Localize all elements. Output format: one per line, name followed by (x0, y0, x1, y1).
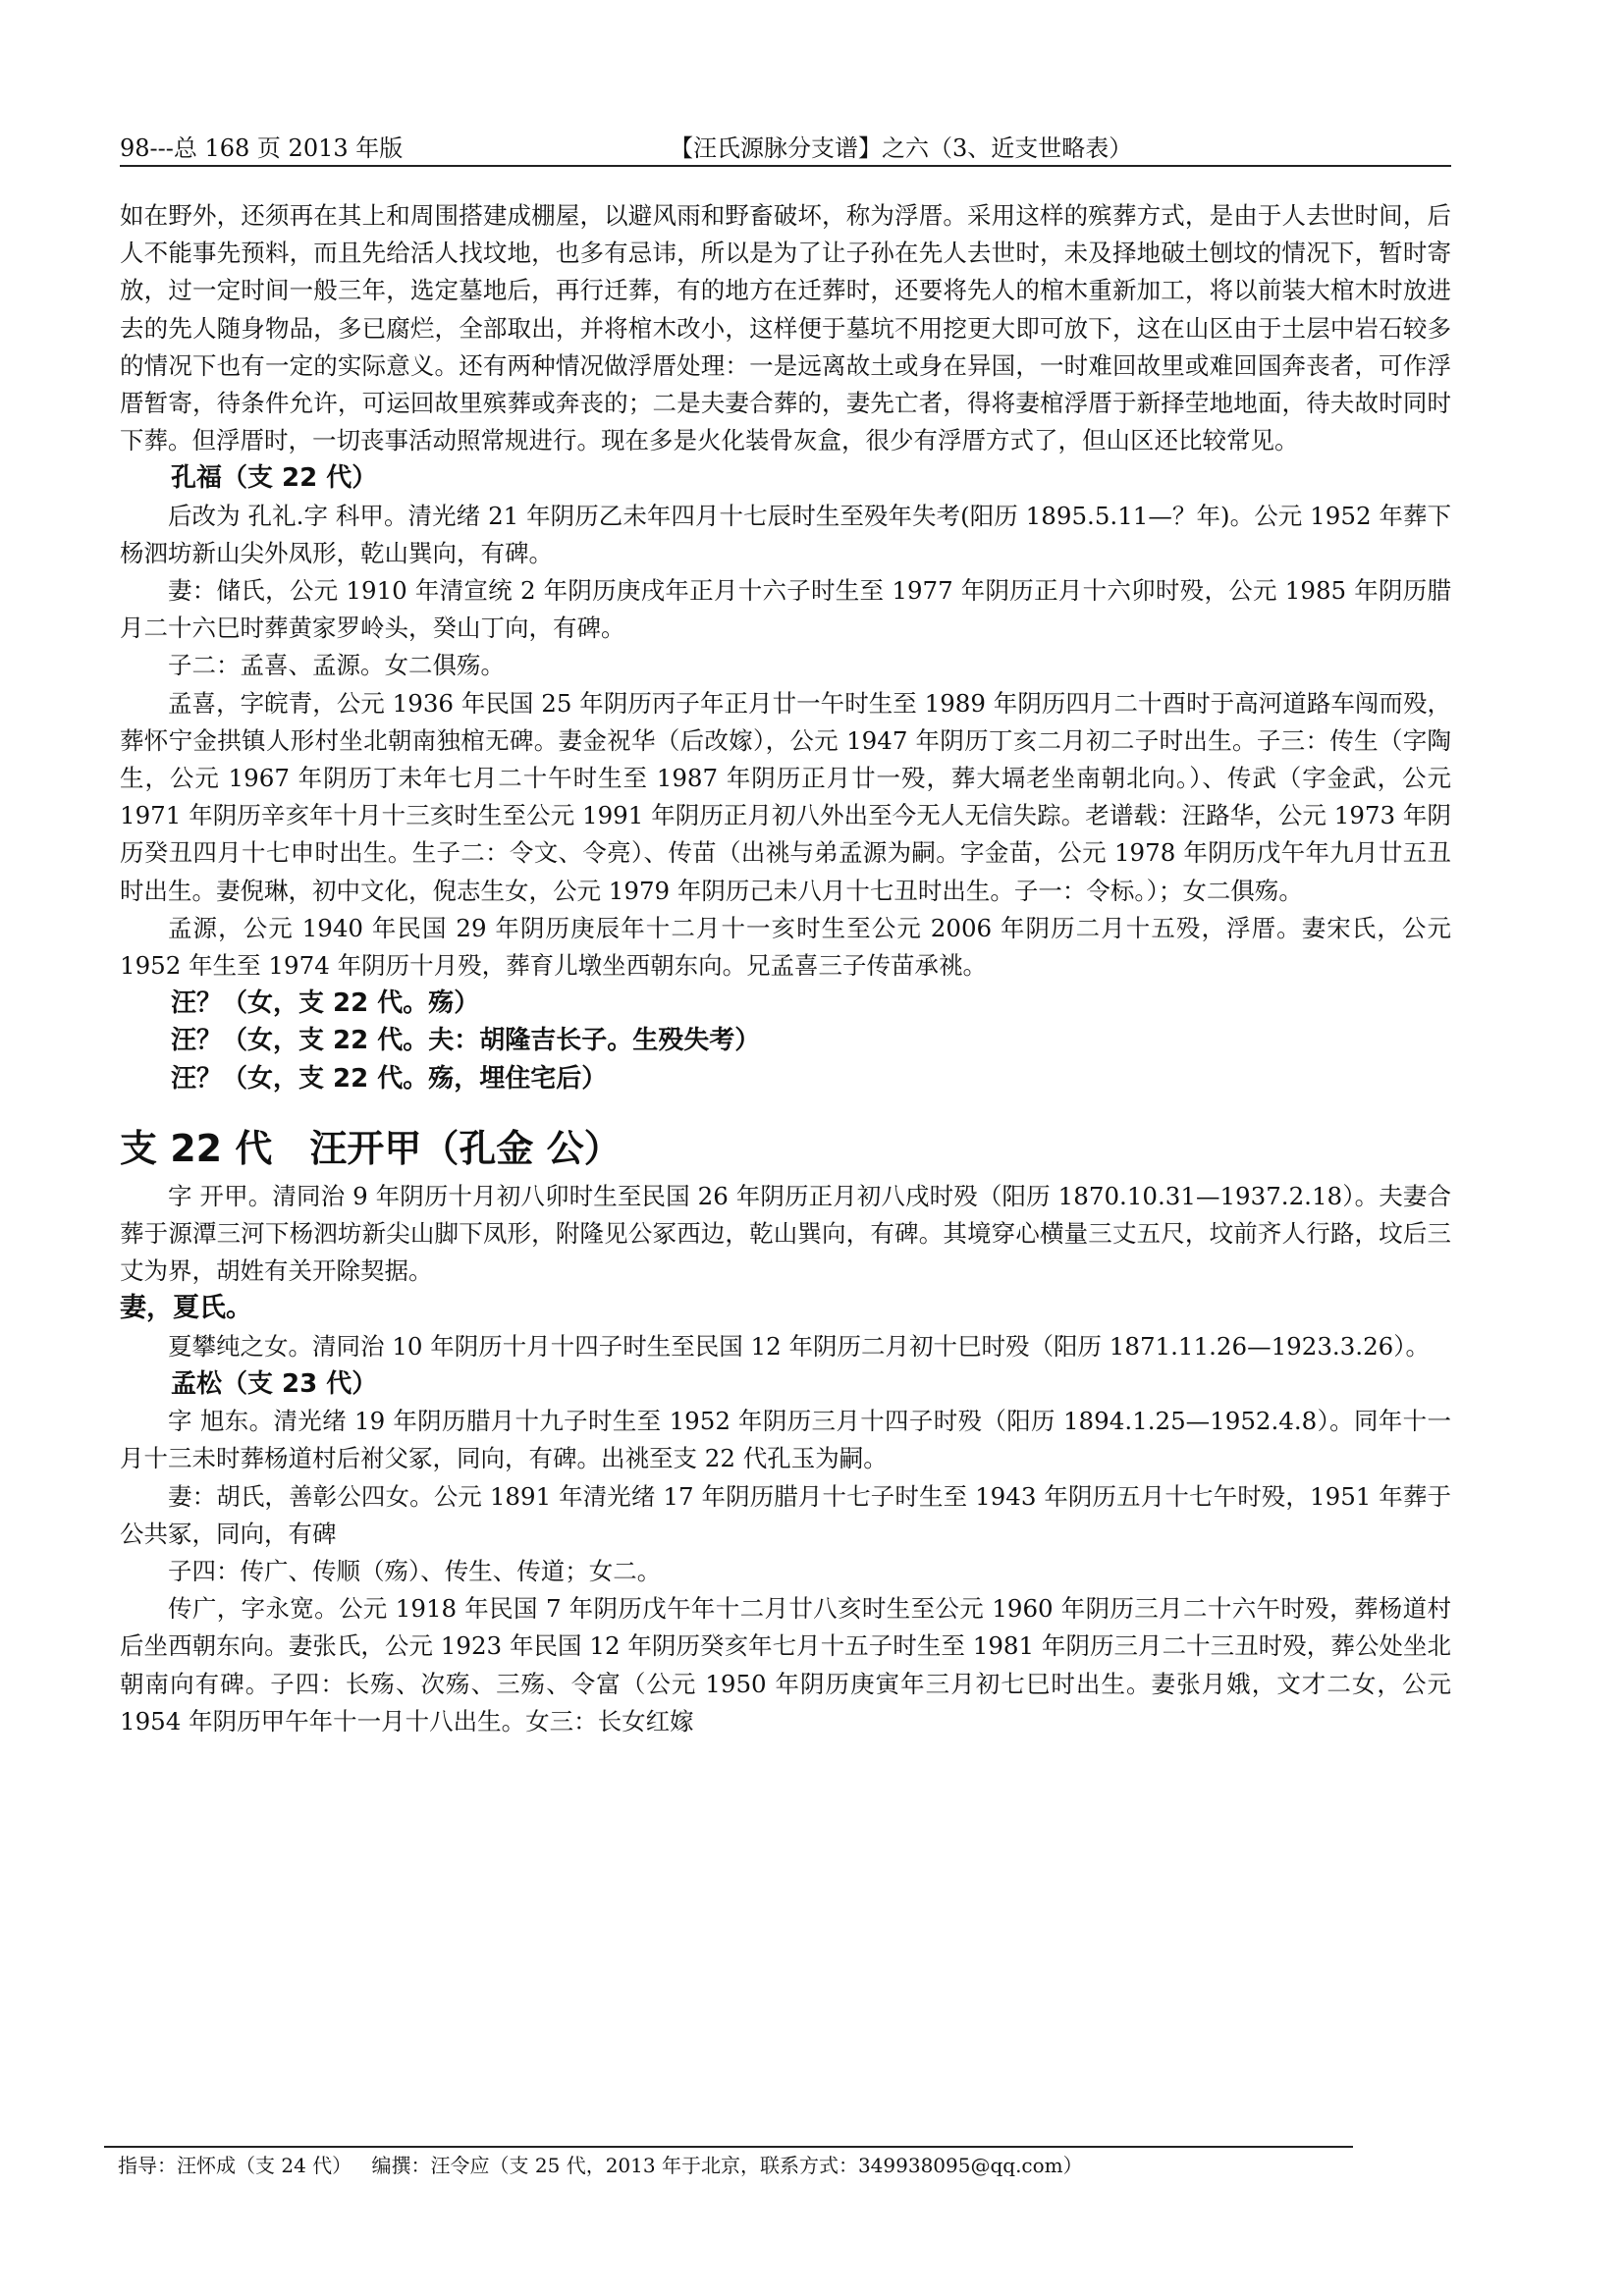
paragraph: 孟喜，字皖青，公元 1936 年民国 25 年阴历丙子年正月廿一午时生至 198… (120, 685, 1451, 910)
section-heading-wang-kaijia: 支 22 代 汪开甲（孔金 公） (120, 1123, 1451, 1174)
paragraph: 子四：传广、传顺（殇）、传生、传道；女二。 (120, 1553, 1451, 1590)
footer-editor: 编撰：汪令应（支 25 代，2013 年于北京，联系方式：349938095@q… (358, 2154, 1083, 2177)
section-heading-kongfu: 孔福（支 22 代） (120, 459, 1451, 497)
book-title: 【汪氏源脉分支谱】之六（3、近支世略表） (670, 133, 1132, 163)
page-number-edition: 98---总 168 页 2013 年版 (120, 133, 403, 163)
paragraph: 孟源，公元 1940 年民国 29 年阴历庚辰年十二月十一亥时生至公元 2006… (120, 910, 1451, 985)
daughter-entry: 汪？（女，支 22 代。殇，埋住宅后） (120, 1060, 1451, 1097)
section-heading-mengsong: 孟松（支 23 代） (120, 1365, 1451, 1403)
paragraph: 妻：胡氏，善彰公四女。公元 1891 年清光绪 17 年阴历腊月十七子时生至 1… (120, 1478, 1451, 1553)
paragraph: 子二：孟喜、孟源。女二俱殇。 (120, 647, 1451, 684)
paragraph: 后改为 孔礼.字 科甲。清光绪 21 年阴历乙未年四月十七辰时生至殁年失考(阳历… (120, 498, 1451, 572)
footer-guide: 指导：汪怀成（支 24 代） (104, 2154, 352, 2177)
paragraph: 字 开甲。清同治 9 年阴历十月初八卯时生至民国 26 年阴历正月初八戌时殁（阳… (120, 1178, 1451, 1291)
daughter-entry: 汪？（女，支 22 代。殇） (120, 985, 1451, 1022)
daughter-entry: 汪？（女，支 22 代。夫：胡隆吉长子。生殁失考） (120, 1022, 1451, 1059)
page-body: 如在野外，还须再在其上和周围搭建成棚屋，以避风雨和野畜破坏，称为浮厝。采用这样的… (120, 197, 1451, 1740)
paragraph: 夏攀纯之女。清同治 10 年阴历十月十四子时生至民国 12 年阴历二月初十巳时殁… (120, 1328, 1451, 1365)
wife-heading: 妻，夏氏。 (120, 1290, 1451, 1327)
paragraph: 妻：储氏，公元 1910 年清宣统 2 年阴历庚戌年正月十六子时生至 1977 … (120, 572, 1451, 647)
page-footer: 指导：汪怀成（支 24 代） 编撰：汪令应（支 25 代，2013 年于北京，联… (104, 2146, 1353, 2179)
paragraph: 传广，字永宽。公元 1918 年民国 7 年阴历戊午年十二月廿八亥时生至公元 1… (120, 1590, 1451, 1740)
intro-paragraph: 如在野外，还须再在其上和周围搭建成棚屋，以避风雨和野畜破坏，称为浮厝。采用这样的… (120, 197, 1451, 459)
paragraph: 字 旭东。清光绪 19 年阴历腊月十九子时生至 1952 年阴历三月十四子时殁（… (120, 1403, 1451, 1477)
page-header: 98---总 168 页 2013 年版 【汪氏源脉分支谱】之六（3、近支世略表… (120, 133, 1451, 167)
